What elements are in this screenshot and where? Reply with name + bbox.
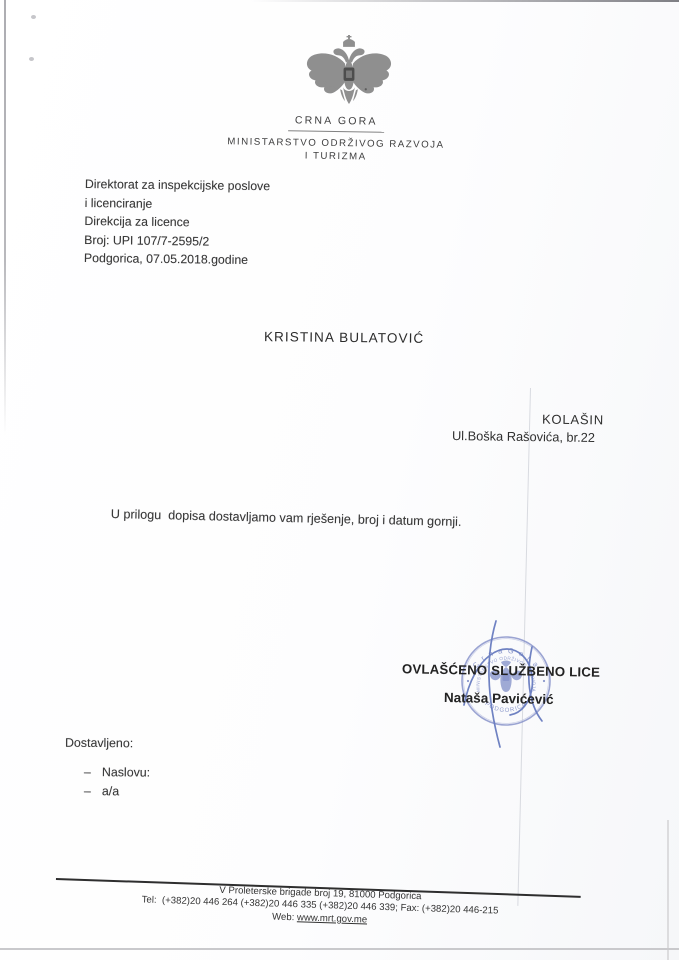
scan-right-edge xyxy=(667,820,669,960)
distribution-heading: Dostavljeno: xyxy=(65,736,133,751)
distribution-item: –Naslovu: xyxy=(84,765,150,780)
recipient-name: KRISTINA BULATOVIĆ xyxy=(264,329,424,346)
scanned-letter-page: CRNA GORA MINISTARSTVO ODRŽIVOG RAZVOJA … xyxy=(0,0,679,960)
letter-body-text: U prilogu dopisa dostavljamo vam rješenj… xyxy=(111,507,462,529)
letterhead: CRNA GORA MINISTARSTVO ODRŽIVOG RAZVOJA … xyxy=(216,113,457,165)
letterhead-divider xyxy=(288,130,384,133)
distribution-item-label: Naslovu: xyxy=(102,765,150,779)
sender-line: Direkcija za licence xyxy=(84,212,269,233)
scan-left-edge xyxy=(4,0,6,435)
sender-line: i licenciranje xyxy=(85,194,270,215)
distribution-item: –a/a xyxy=(84,784,119,798)
footer-contact-block: V Proleterske brigade broj 19, 81000 Pod… xyxy=(60,880,581,934)
signer-title: OVLAŠĆENO SLUŽBENO LICE xyxy=(402,661,600,679)
scan-speck xyxy=(29,57,34,61)
country-name: CRNA GORA xyxy=(216,113,456,129)
signer-name: Nataša Pavićević xyxy=(444,690,554,707)
coat-of-arms-eagle-icon xyxy=(303,35,395,107)
footer-web-label: Web: xyxy=(272,911,297,923)
scan-speck xyxy=(31,15,36,19)
round-ink-stamp-icon: C r n a G o r a MINISTARSTVO ODRŽIVOG RA… xyxy=(444,615,568,749)
list-dash: – xyxy=(84,784,102,798)
sender-block: Direktorat za inspekcijske poslove i lic… xyxy=(84,175,270,270)
list-dash: – xyxy=(84,765,102,779)
sender-line: Direktorat za inspekcijske poslove xyxy=(85,175,270,196)
recipient-address: Ul.Boška Rašovića, br.22 xyxy=(452,428,595,445)
distribution-item-label: a/a xyxy=(102,784,119,798)
footer-web-url: www.mrt.gov.me xyxy=(297,912,367,925)
place-and-date: Podgorica, 07.05.2018.godine xyxy=(84,249,269,270)
scan-bottom-edge xyxy=(0,948,679,950)
recipient-city: KOLAŠIN xyxy=(542,412,604,428)
document-number: Broj: UPI 107/7-2595/2 xyxy=(84,231,269,252)
scan-top-edge xyxy=(250,0,679,2)
